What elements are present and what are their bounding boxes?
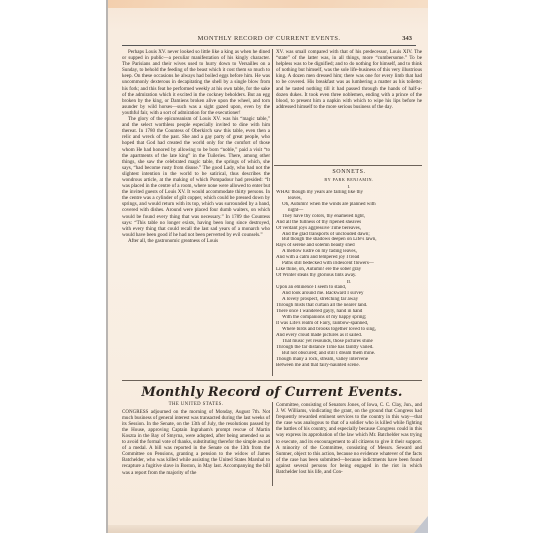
upper-right-column: XV. was small compared with that of his … (276, 49, 422, 110)
paragraph: Perhaps Louis XV. never looked so little… (122, 49, 270, 116)
sonnets-poem: SONNETS. BY PARK BENJAMIN. I. WHAT thoug… (276, 170, 422, 368)
paragraph: Committee, consisting of Senators Jones,… (276, 402, 422, 475)
running-head-title: MONTHLY RECORD OF CURRENT EVENTS. (122, 35, 416, 42)
paragraph: After all, the gastronomic greatness of … (122, 238, 270, 244)
section-heading: Monthly Record of Current Events. (122, 385, 422, 400)
page-corner-fold (414, 516, 428, 533)
paragraph: CONGRESS adjourned on the morning of Mon… (122, 409, 270, 476)
section-divider (122, 380, 422, 381)
record-right-column: Committee, consisting of Senators Jones,… (276, 402, 422, 475)
upper-left-column: Perhaps Louis XV. never looked so little… (122, 49, 270, 244)
page-number: 343 (402, 35, 412, 42)
poem-line: Between me and that fairy-haunted scene. (276, 363, 422, 369)
column-divider (272, 49, 273, 376)
paragraph: The glory of the epicureanism of Louis X… (122, 116, 270, 238)
subsection-heading: THE UNITED STATES. (122, 402, 270, 408)
column-divider (272, 402, 273, 486)
paragraph: XV. was small compared with that of his … (276, 49, 422, 110)
page-bottom-edge (108, 525, 428, 533)
poem-author: BY PARK BENJAMIN. (276, 177, 422, 183)
magazine-page: MONTHLY RECORD OF CURRENT EVENTS. 343 Pe… (106, 0, 428, 533)
record-left-column: THE UNITED STATES. CONGRESS adjourned on… (122, 402, 270, 476)
sonnet-1-lines: WHAT though my years are falling like th… (276, 190, 422, 279)
poem-title: SONNETS. (276, 170, 422, 176)
section-divider (274, 165, 422, 166)
sonnet-2-lines: Upon an eminence I seem to stand,And loo… (276, 285, 422, 368)
running-head: MONTHLY RECORD OF CURRENT EVENTS. 343 (122, 33, 416, 46)
